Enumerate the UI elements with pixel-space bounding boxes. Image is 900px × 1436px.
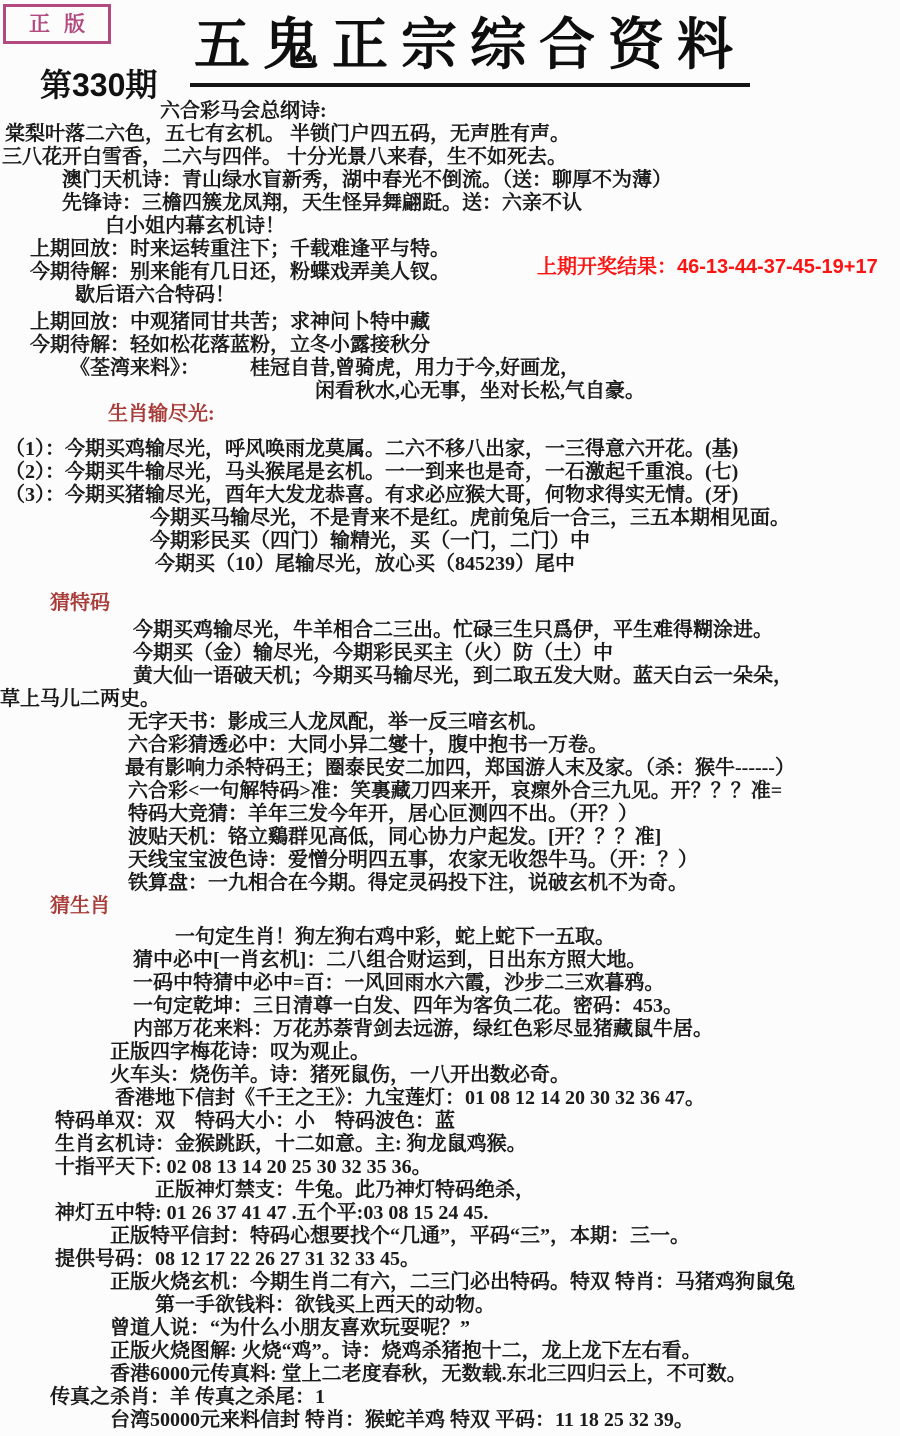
text-line: 六合彩马会总纲诗: bbox=[160, 100, 900, 123]
text-line: 白小姐内幕玄机诗！ bbox=[105, 215, 900, 238]
text-line: 香港地下信封《千王之王》：九宝莲灯：01 08 12 14 20 30 32 3… bbox=[115, 1087, 900, 1110]
text-line: 一句定生肖！狗左狗右鸡中彩，蛇上蛇下一五取。 bbox=[175, 926, 900, 949]
text-line: （1）：今期买鸡输尽光，呼风唤雨龙莫属。二六不移八出家，一三得意六开花。(基) bbox=[5, 438, 900, 461]
text-line: 最有影响力杀特码王；圈泰民安二加四，郑国游人末及家。（杀：猴牛------） bbox=[125, 757, 900, 780]
text-line: 神灯五中特: 01 26 37 41 47 .五个平:03 08 15 24 4… bbox=[55, 1202, 900, 1225]
text-line: 歇后语六合特码！ bbox=[75, 284, 900, 307]
text-line: 上期回放：时来运转重注下；千载难逢平与特。 bbox=[30, 238, 900, 261]
text-line: 六合彩猜透必中：大同小异二燮十，腹中抱书一万卷。 bbox=[128, 734, 900, 757]
text-line: 闲看秋水,心无事，坐对长松,气自豪。 bbox=[315, 380, 900, 403]
text-line: 一码中特猜中必中=百：一风回雨水六霞，沙步二三欢暮鸦。 bbox=[133, 972, 900, 995]
text-line: 内部万花来料：万花苏萘背剑去远游，绿红色彩尽显猪藏鼠牛居。 bbox=[133, 1018, 900, 1041]
text-line: 棠梨叶落二六色，五七有玄机。 半锁门户四五码，无声胜有声。 bbox=[5, 123, 900, 146]
text-line: 今期买鸡输尽光，牛羊相合二三出。忙碌三生只爲伊，平生难得糊涂进。 bbox=[133, 619, 900, 642]
text-line: 正版火烧图解: 火烧“鸡”。诗：烧鸡杀猪抱十二，龙上龙下左右看。 bbox=[110, 1340, 900, 1363]
text-line: 澳门天机诗：青山绿水盲新秀，湖中春光不倒流。（送：聊厚不为薄） bbox=[62, 169, 900, 192]
text-line: 台湾50000元来料信封 特肖：猴蛇羊鸡 特双 平码：11 18 25 32 3… bbox=[110, 1409, 900, 1432]
text-line: 正版神灯禁支：牛兔。此乃神灯特码绝杀， bbox=[155, 1179, 900, 1202]
text-line: 铁算盘：一九相合在今期。得定灵码投下注，说破玄机不为奇。 bbox=[128, 872, 900, 895]
text-line: （3）：今期买猪输尽光，酉年大发龙恭喜。有求必应猴大哥，何物求得实无情。(牙) bbox=[5, 484, 900, 507]
text-line: 正版四字梅花诗：叹为观止。 bbox=[110, 1041, 900, 1064]
text-line: 第一手欲钱料：欲钱买上西天的动物。 bbox=[155, 1294, 900, 1317]
text-line: 今期买（金）输尽光，今期彩民买主（火）防（土）中 bbox=[133, 642, 900, 665]
text-line: 香港6000元传真料: 堂上二老度春秋，无数载.东北三四归云上，不可数。 bbox=[110, 1363, 900, 1386]
text-line: 特码单双：双 特码大小：小 特码波色：蓝 bbox=[55, 1110, 900, 1133]
text-line: 正版火烧玄机：今期生肖二有六，二三门必出特码。特双 特肖：马猪鸡狗鼠兔 bbox=[110, 1271, 900, 1294]
text-line: 今期待解：轻如松花落蓝粉，立冬小露接秋分 bbox=[30, 334, 900, 357]
lines: 六合彩马会总纲诗:棠梨叶落二六色，五七有玄机。 半锁门户四五码，无声胜有声。三八… bbox=[0, 100, 900, 1432]
text-line: 今期待解：别来能有几日还，粉蝶戏弄美人钗。 bbox=[30, 261, 900, 284]
text-line: 天线宝宝波色诗：爱憎分明四五事，农家无收怨牛马。（开：？） bbox=[128, 849, 900, 872]
text-line: 今期买（10）尾输尽光，放心买（845239）尾中 bbox=[155, 553, 900, 576]
text-line: 十指平天下: 02 08 13 14 20 25 30 32 35 36。 bbox=[55, 1156, 900, 1179]
section-heading: 猜特码 bbox=[50, 592, 900, 615]
text-line: 猜中必中[一肖玄机]：二八组合财运到，日出东方照大地。 bbox=[133, 949, 900, 972]
page-title: 五鬼正宗综合资料 bbox=[190, 16, 750, 87]
section-heading: 生肖输尽光: bbox=[108, 403, 900, 426]
text-line: 三八花开白雪香，二六与四伴。 十分光景八来春，生不如死去。 bbox=[2, 146, 900, 169]
text-line: 黄大仙一语破天机；今期买马输尽光，到二取五发大财。蓝天白云一朵朵， bbox=[133, 665, 900, 688]
document-page: 正版 第330期 五鬼正宗综合资料 上期开奖结果：46-13-44-37-45-… bbox=[0, 0, 900, 1436]
text-line: 传真之杀肖：羊 传真之杀尾：1 bbox=[50, 1386, 900, 1409]
text-line: 今期彩民买（四门）输精光，买（一门，二门）中 bbox=[150, 530, 900, 553]
text-line: 今期买马输尽光，不是青来不是红。虎前兔后一合三，三五本期相见面。 bbox=[150, 507, 900, 530]
text-line: 六合彩<一句解特码>准：笑裏藏刀四来开，哀瘝外合三九见。开？？？准= bbox=[128, 780, 900, 803]
text-line: 上期回放：中观猪同甘共苦；求神问卜特中藏 bbox=[30, 311, 900, 334]
text-line: 正版特平信封：特码心想要找个“几通”，平码“三”，本期：三一。 bbox=[110, 1225, 900, 1248]
text-line: 《荃湾来料》： 桂冠自昔,曾骑虎，用力于今,好画龙， bbox=[70, 357, 900, 380]
text-line: 生肖玄机诗：金猴跳跃，十二如意。主: 狗龙鼠鸡猴。 bbox=[55, 1133, 900, 1156]
text-line: 特码大竞猜：羊年三发今年开，居心叵测四不出。（开？） bbox=[128, 803, 900, 826]
text-line: 无字天书：影成三人龙凤配，举一反三喑玄机。 bbox=[128, 711, 900, 734]
text-line: 波贴天机：铬立鷄群见高低，同心协力户起发。[开？？？准] bbox=[128, 826, 900, 849]
text-line: 火车头：烧伤羊。诗：猪死鼠伤，一八开出数必奇。 bbox=[110, 1064, 900, 1087]
text-line: 草上马儿二两史。 bbox=[0, 688, 900, 711]
authentic-badge: 正版 bbox=[3, 4, 111, 44]
text-line: 先锋诗：三檐四簇龙凤翔，天生怪异舞翩跹。送：六亲不认 bbox=[62, 192, 900, 215]
section-heading: 猜生肖 bbox=[50, 895, 900, 918]
text-line: 一句定乾坤：三日清尊一白发、四年为客负二花。密码：453。 bbox=[133, 995, 900, 1018]
text-line: （2）：今期买牛输尽光，马头猴尾是玄机。一一到来也是奇，一石激起千重浪。(七) bbox=[5, 461, 900, 484]
text-line: 曾道人说：“为什么小朋友喜欢玩耍呢？” bbox=[110, 1317, 900, 1340]
text-line: 提供号码：08 12 17 22 26 27 31 32 33 45。 bbox=[55, 1248, 900, 1271]
